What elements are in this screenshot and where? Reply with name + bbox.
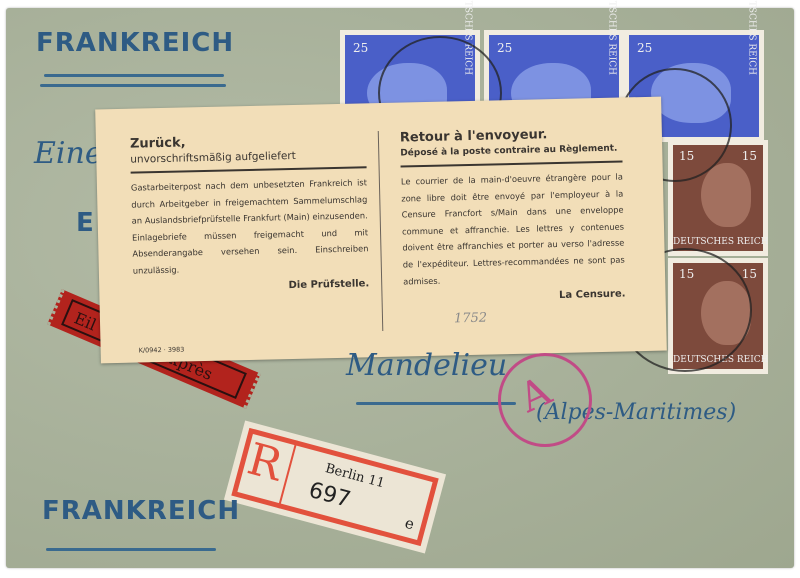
underline — [44, 74, 224, 77]
destination-city: Mandelieu — [346, 348, 507, 383]
censor-stamp: A — [498, 353, 592, 447]
german-body: Gastarbeiterpost nach dem unbesetzten Fr… — [131, 174, 369, 279]
underline — [40, 84, 226, 87]
french-body: Le courrier de la main-d'oeuvre étrangèr… — [401, 169, 626, 290]
pencil-note: 1752 — [454, 311, 487, 327]
handwriting-partial: Eine — [34, 136, 103, 171]
envelope: FRANKREICH Eine E 25 DEUTSCHES REICH 25 … — [6, 8, 794, 568]
country-handwriting-bottom: FRANKREICH — [42, 496, 240, 526]
german-signature: Die Prüfstelle. — [133, 276, 369, 298]
censor-return-label: Zurück, unvorschriftsmäßig aufgeliefert … — [95, 97, 667, 364]
underline — [46, 548, 216, 551]
underline — [356, 402, 516, 405]
form-code: K/0942 · 3983 — [139, 345, 185, 354]
german-column: Zurück, unvorschriftsmäßig aufgeliefert … — [130, 131, 370, 297]
french-column: Retour à l'envoyeur. Déposé à la poste c… — [400, 126, 626, 309]
column-divider — [378, 131, 384, 331]
registration-label: R Berlin 11 697 e — [224, 420, 446, 553]
portrait-shape — [701, 163, 751, 227]
handwriting-partial: E — [76, 208, 95, 238]
country-handwriting-top: FRANKREICH — [36, 28, 234, 58]
french-signature: La Censure. — [403, 287, 625, 309]
